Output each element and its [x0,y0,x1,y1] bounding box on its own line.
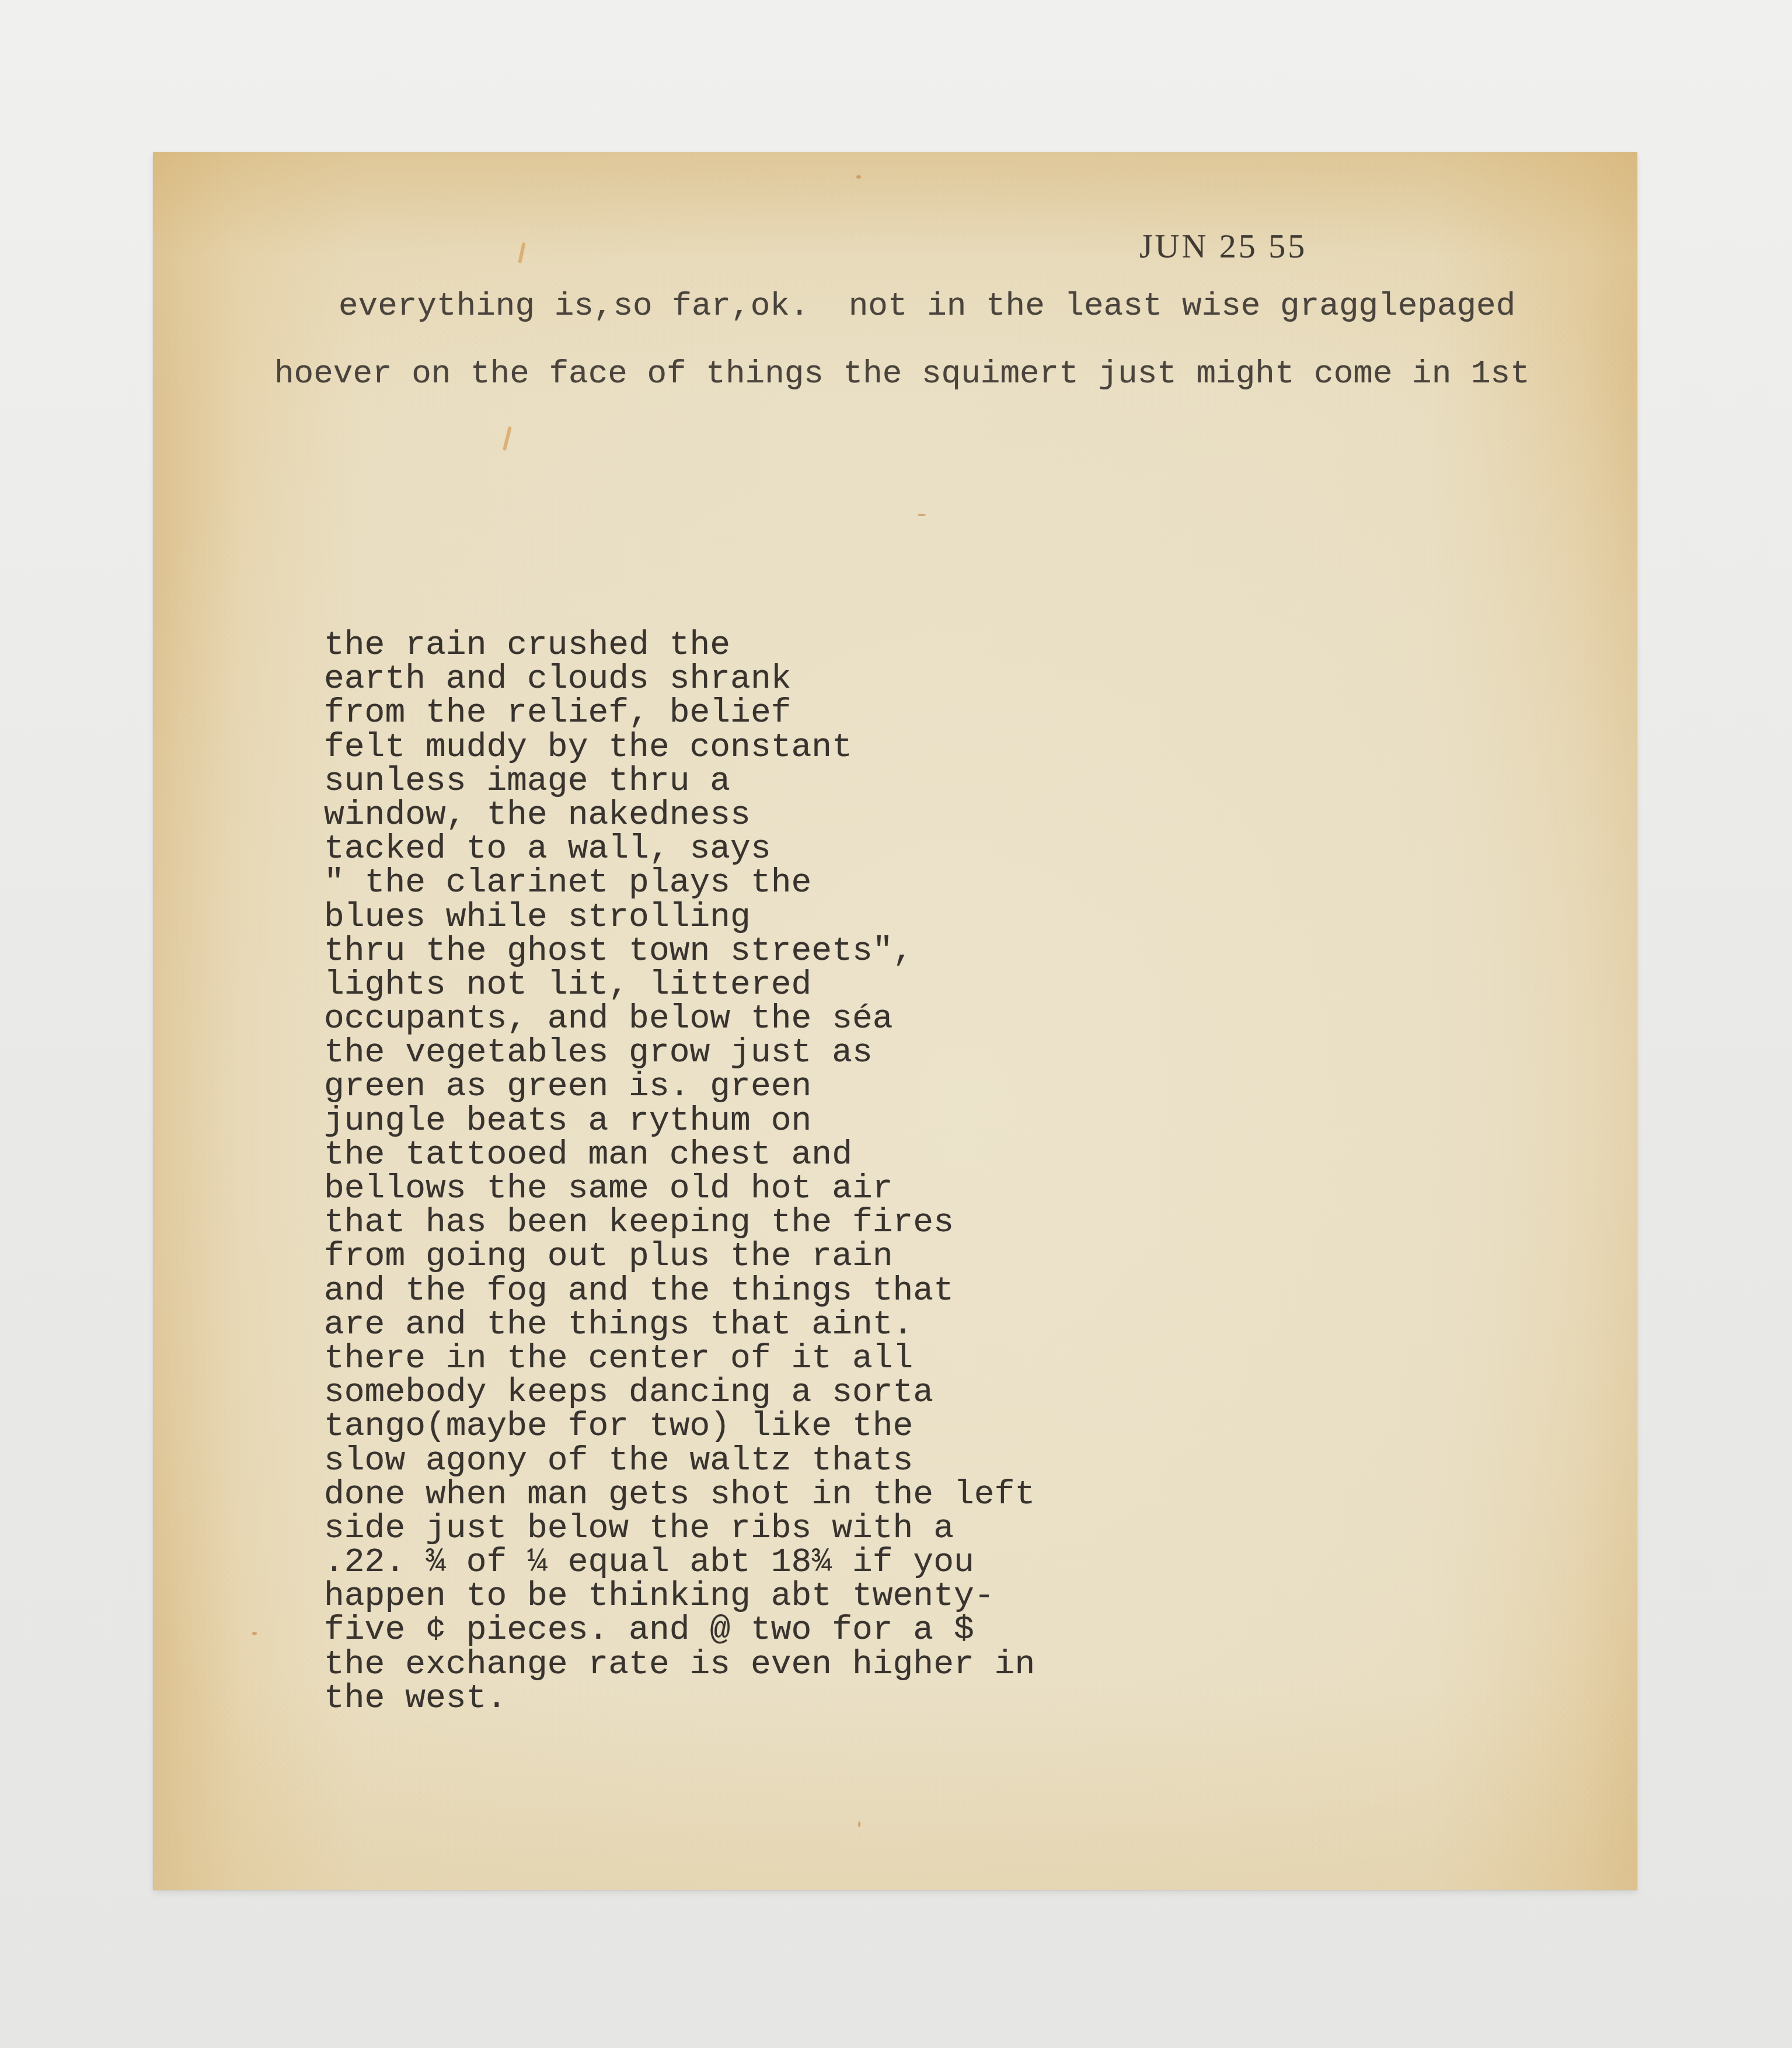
poem-line: and the fog and the things that [324,1274,1035,1308]
paper-speck [858,1821,860,1827]
poem-line: the vegetables grow just as [324,1036,1035,1070]
paper-speck [856,175,861,179]
poem-line: felt muddy by the constant [324,731,1035,765]
poem-line: the tattooed man chest and [324,1138,1035,1172]
poem-line: from going out plus the rain [324,1240,1035,1274]
poem-line: tacked to a wall, says [324,833,1035,866]
poem-line: tango(maybe for two) like the [324,1410,1035,1444]
header-line-1: everything is,so far,ok. not in the leas… [339,287,1515,325]
stain-mark [518,242,525,263]
date-stamp: JUN 25 55 [1139,227,1307,266]
poem-line: the exchange rate is even higher in [324,1648,1035,1682]
poem-line: blues while strolling [324,901,1035,935]
poem-line: the west. [324,1682,1035,1716]
typewritten-page: JUN 25 55 everything is,so far,ok. not i… [153,152,1637,1890]
poem-line: " the clarinet plays the [324,866,1035,900]
poem-line: jungle beats a rythum on [324,1105,1035,1138]
poem-body: the rain crushed the earth and clouds sh… [324,629,1035,1716]
poem-line: that has been keeping the fires [324,1206,1035,1240]
poem-line: bellows the same old hot air [324,1172,1035,1206]
poem-line: green as green is. green [324,1070,1035,1104]
poem-line: are and the things that aint. [324,1308,1035,1342]
paper-speck [918,514,926,516]
header-line-2: hoever on the face of things the squimer… [274,355,1530,392]
paper-speck [252,1632,257,1635]
poem-line: sunless image thru a [324,765,1035,799]
poem-line: done when man gets shot in the left [324,1478,1035,1512]
poem-line: five ¢ pieces. and @ two for a $ [324,1614,1035,1648]
poem-line: happen to be thinking abt twenty- [324,1580,1035,1614]
poem-line: .22. ¾ of ¼ equal abt 18¾ if you [324,1546,1035,1580]
poem-line: lights not lit, littered [324,969,1035,1002]
poem-line: occupants, and below the séa [324,1002,1035,1036]
poem-line: slow agony of the waltz thats [324,1444,1035,1478]
stain-mark [503,426,512,451]
poem-line: side just below the ribs with a [324,1512,1035,1546]
poem-line: the rain crushed the [324,629,1035,663]
poem-line: from the relief, belief [324,696,1035,730]
poem-line: earth and clouds shrank [324,663,1035,696]
poem-line: window, the nakedness [324,799,1035,833]
poem-line: there in the center of it all [324,1342,1035,1376]
poem-line: thru the ghost town streets", [324,935,1035,969]
poem-line: somebody keeps dancing a sorta [324,1376,1035,1410]
